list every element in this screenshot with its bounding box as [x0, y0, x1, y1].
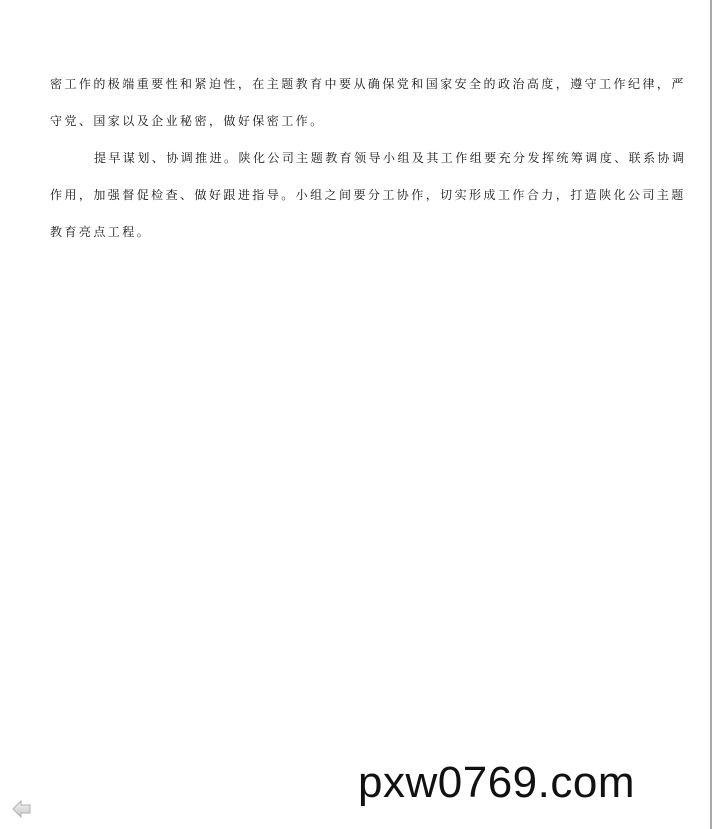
- paragraph-line: 密工作的极端重要性和紧迫性，在主题教育中要从确保党和国家安全的政治高度，遵守工作…: [50, 72, 662, 109]
- watermark-text: pxw0769.com: [358, 758, 635, 808]
- arrow-left-icon: [12, 800, 32, 818]
- paragraph-line: 教育亮点工程。: [50, 220, 662, 257]
- paragraph-line: 作用，加强督促检查、做好跟进指导。小组之间要分工协作，切实形成工作合力，打造陕化…: [50, 183, 662, 220]
- paragraph-line: 提早谋划、协调推进。陕化公司主题教育领导小组及其工作组要充分发挥统筹调度、联系协…: [50, 146, 662, 183]
- page-edge-divider: [710, 0, 712, 829]
- previous-page-button[interactable]: [12, 800, 32, 818]
- document-body: 密工作的极端重要性和紧迫性，在主题教育中要从确保党和国家安全的政治高度，遵守工作…: [50, 72, 662, 257]
- paragraph-line: 守党、国家以及企业秘密，做好保密工作。: [50, 109, 662, 146]
